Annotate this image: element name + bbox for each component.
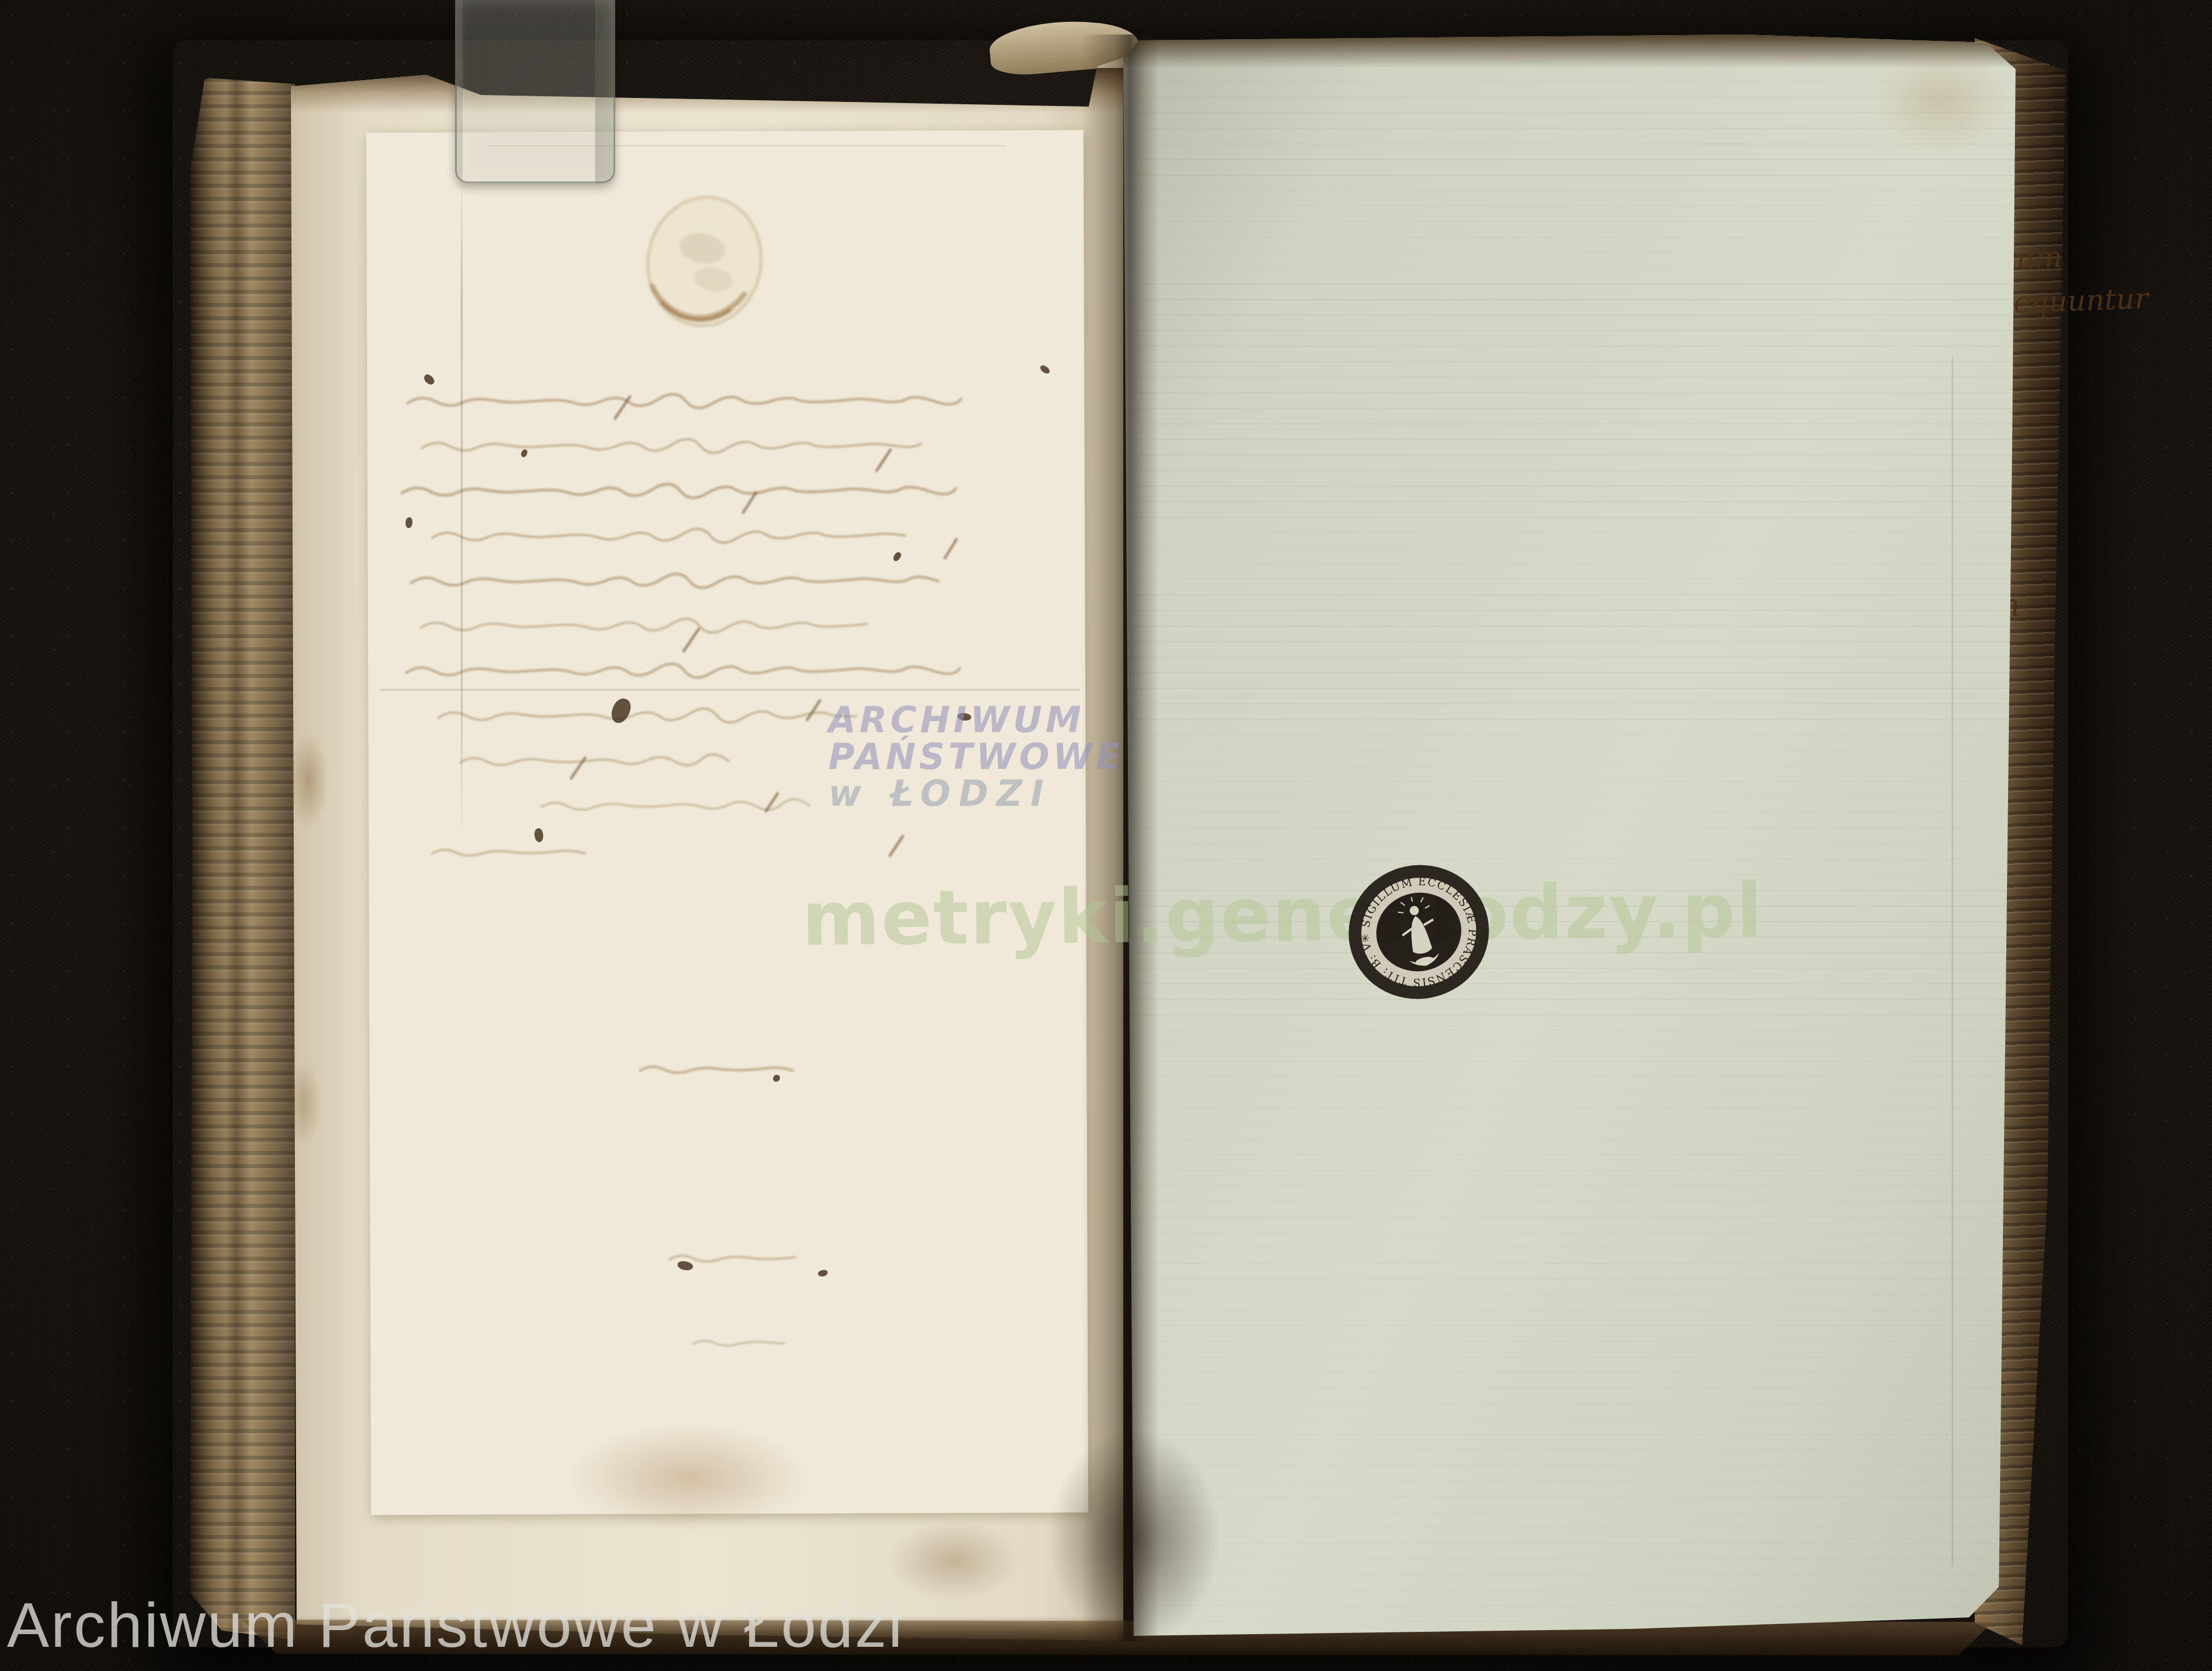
archive-watermark: ARCHIWUM PAŃSTWOWE w ŁODZI [828,702,1123,812]
right-page [1123,35,2022,1647]
paper-stain [287,1060,321,1146]
archive-watermark-line2: PAŃSTWOWE [828,738,1123,775]
archival-photo-scene: 59 Oryginał bez Stępla świadczy X. Feczk… [0,0,2212,1671]
document-holding-clip [455,0,615,183]
faded-oval-stamp [635,185,774,338]
genealogy-watermark: metryki.genealodzy.pl [801,867,1763,963]
book-gutter-shadow [1082,35,1159,1642]
right-page-crease [1952,357,1953,1567]
paper-stain [887,1521,1020,1601]
archive-watermark-line3: w ŁODZI [828,775,1123,812]
paper-stain [565,1423,812,1532]
paper-stain [288,732,328,829]
book-left-page-edges [190,78,295,1640]
church-seal: ✳ SIGILLUM ECCLESIÆ PRASCENSIS TIT: B: V… [1346,863,1492,1001]
right-page-corner-stain [1872,46,2010,156]
sheet-vertical-crease [461,173,463,841]
gutter-bottom-shadow [1048,1429,1221,1647]
sheet-horizontal-crease [380,689,1080,691]
archive-caption: Archiwum Państwowe w Łodzi [7,1589,904,1662]
archive-watermark-line1: ARCHIWUM [828,702,1123,738]
